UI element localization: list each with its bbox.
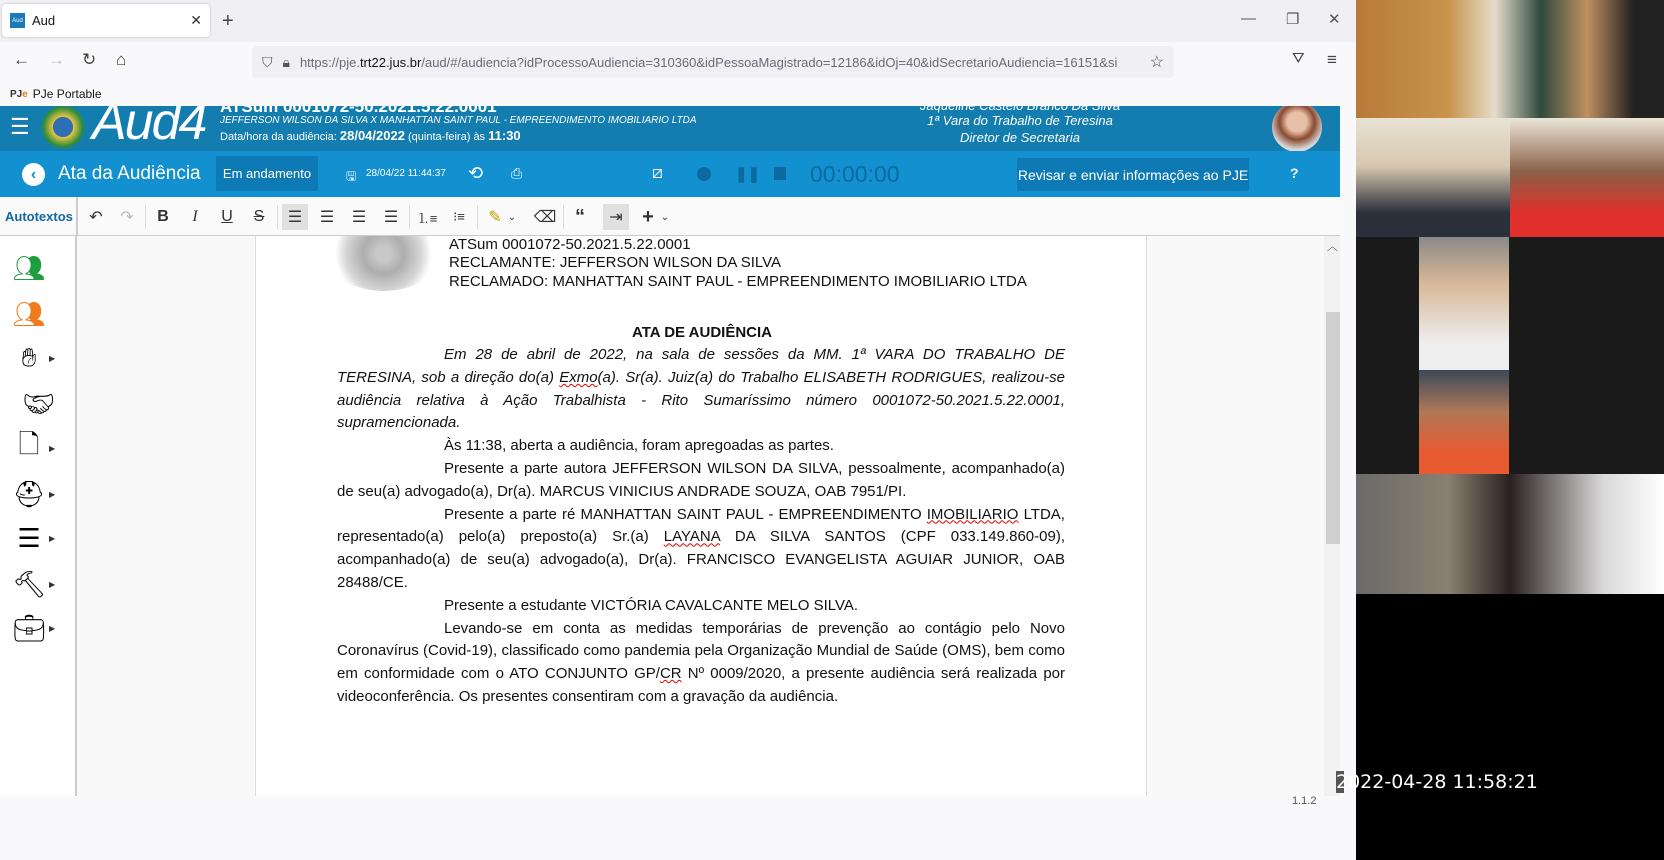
restore-icon[interactable]: ❐ [1286, 10, 1299, 28]
divider [563, 205, 564, 229]
minimize-icon[interactable]: — [1241, 10, 1256, 27]
undo-icon[interactable]: ↶ [83, 204, 109, 230]
pause-icon[interactable]: ❚❚ [735, 165, 760, 183]
autotextos-label[interactable]: Autotextos [5, 209, 73, 224]
history-icon[interactable]: ⟲ [468, 163, 483, 184]
home-icon[interactable]: ⌂ [116, 50, 126, 70]
bold-icon[interactable]: B [150, 204, 176, 230]
sidebar-item-medical[interactable]: ⛑︎▶ [12, 476, 67, 512]
caret-right-icon: ▶ [49, 624, 55, 633]
user-vara: 1ª Vara do Trabalho de Teresina [900, 113, 1140, 128]
divider [477, 205, 478, 229]
align-center-icon[interactable]: ☰ [346, 204, 372, 230]
forward-icon[interactable]: → [48, 50, 65, 70]
coat-of-arms-icon [326, 236, 441, 291]
paragraph-student: Presente a estudante VICTÓRIA CAVALCANTE… [337, 595, 1065, 618]
document-area: ATSum 0001072-50.2021.5.22.0001 RECLAMAN… [78, 236, 1340, 796]
notes-icon: ☰ [12, 523, 46, 554]
paragraph-covid: Levando-se em conta as medidas temporári… [337, 618, 1065, 709]
recording-timestamp: 2022-04-28 11:58:21 [1336, 771, 1538, 793]
eraser-icon[interactable]: ⌫ [532, 204, 558, 230]
record-icon[interactable] [697, 167, 711, 181]
scrollbar[interactable]: ︿ [1324, 236, 1340, 796]
browser-tab[interactable]: Aud Aud ✕ [2, 4, 210, 37]
status-badge: Em andamento [216, 156, 318, 191]
participant-video-tile [1356, 237, 1664, 474]
recording-timer: 00:00:00 [810, 161, 900, 188]
sidebar-item-document[interactable]: 🗋▶ [12, 430, 67, 466]
paragraph-opening: Em 28 de abril de 2022, na sala de sessõ… [337, 344, 1065, 435]
sidebar: 👥︎ 👥︎ ✋︎▶ 🤝︎ 🗋▶ ⛑︎▶ ☰▶ 🔨︎▶ 💼︎▶ [0, 236, 77, 796]
editor-toolbar: Autotextos ↶ ↷ B I U S ☰ ☰ ☰ ☰ ⒈≡ ⁝≡ ✎ ⌄… [0, 197, 1340, 236]
participant-video-1 [1356, 0, 1664, 118]
hand-icon: ✋︎ [12, 342, 46, 374]
handshake-icon: 🤝︎ [22, 389, 56, 420]
underline-icon[interactable]: U [214, 204, 240, 230]
participant-video-6 [1356, 474, 1664, 594]
video-conference-panel [1356, 0, 1664, 860]
parties: JEFFERSON WILSON DA SILVA X MANHATTAN SA… [220, 115, 697, 126]
divider [76, 197, 78, 236]
title-bar: ‹ Ata da Audiência Em andamento 🖫 28/04/… [0, 151, 1340, 197]
close-window-icon[interactable]: ✕ [1328, 10, 1341, 28]
page-title: Ata da Audiência [58, 163, 201, 185]
tab-strip: Aud Aud ✕ + — ❐ ✕ [0, 0, 1356, 42]
numbered-list-icon[interactable]: ⒈≡ [414, 204, 440, 230]
print-icon[interactable]: ⎙ [511, 165, 522, 182]
url-text[interactable]: https://pje.trt22.jus.br/aud/#/audiencia… [300, 55, 1150, 70]
participant-video-3 [1510, 118, 1664, 237]
avatar[interactable] [1272, 106, 1322, 151]
paragraph-opening-time: Às 11:38, aberta a audiência, foram apre… [337, 435, 1065, 458]
scrollbar-thumb[interactable] [1326, 312, 1340, 544]
sidebar-item-agreement[interactable]: 🤝︎ [12, 386, 67, 422]
back-icon[interactable]: ← [13, 50, 30, 70]
close-tab-icon[interactable]: ✕ [190, 12, 202, 29]
briefcase-icon: 💼︎ [12, 613, 46, 644]
footer-bar [0, 796, 1340, 860]
participant-video-5 [1419, 370, 1509, 474]
strikethrough-icon[interactable]: S [246, 204, 272, 230]
bookmark-star-icon[interactable]: ☆ [1150, 52, 1164, 72]
participant-video-4 [1419, 237, 1509, 370]
aud4-logo: Aud4 [92, 106, 205, 151]
brasil-emblem-icon [40, 106, 86, 150]
shield-icon[interactable]: ⛉ [262, 54, 273, 71]
scroll-up-icon[interactable]: ︿ [1327, 238, 1338, 254]
browser-window: Aud Aud ✕ + — ❐ ✕ ← → ↻ ⌂ ⛉ 🔒︎ https://p… [0, 0, 1356, 860]
caret-right-icon: ▶ [49, 490, 55, 499]
document-page[interactable]: ATSum 0001072-50.2021.5.22.0001 RECLAMAN… [255, 236, 1147, 796]
url-bar[interactable]: ⛉ 🔒︎ https://pje.trt22.jus.br/aud/#/audi… [252, 46, 1174, 78]
hamburger-menu-icon[interactable]: ☰ [10, 114, 30, 140]
caret-right-icon: ▶ [49, 354, 55, 363]
back-chevron-icon[interactable]: ‹ [22, 163, 45, 186]
participant-video-2 [1356, 118, 1510, 237]
new-tab-icon[interactable]: + [222, 10, 234, 33]
pje-logo-icon: PJe [10, 89, 28, 100]
hearing-datetime: Data/hora da audiência: 28/04/2022 (quin… [220, 128, 521, 143]
divider [277, 205, 278, 229]
align-left-icon[interactable]: ☰ [314, 204, 340, 230]
doc-process-number: ATSum 0001072-50.2021.5.22.0001 [449, 236, 691, 253]
paragraph-defendant: Presente a parte ré MANHATTAN SAINT PAUL… [337, 504, 1065, 595]
bookmark-pje-portable[interactable]: PJe Portable [33, 87, 102, 101]
medical-kit-icon: ⛑︎ [12, 479, 46, 510]
blockquote-icon[interactable]: “ [567, 204, 593, 230]
sidebar-item-hand[interactable]: ✋︎▶ [12, 340, 67, 376]
bookmarks-bar: PJe PJe Portable [0, 82, 1356, 106]
sidebar-item-parties-absent[interactable]: 👥︎ [12, 296, 67, 332]
favicon: Aud [10, 13, 25, 28]
sidebar-item-notes[interactable]: ☰▶ [12, 520, 67, 556]
indent-icon[interactable]: ⇥ [603, 204, 629, 230]
user-role: Diretor de Secretaria [900, 130, 1140, 145]
bulleted-list-icon[interactable]: ⁝≡ [446, 204, 472, 230]
caret-right-icon: ▶ [49, 444, 55, 453]
pocket-icon[interactable]: ⛛ [1292, 50, 1305, 67]
saved-timestamp: 28/04/22 11:44:37 [366, 168, 446, 179]
document-icon: 🗋 [12, 426, 46, 470]
doc-reclamado: RECLAMADO: MANHATTAN SAINT PAUL - EMPREE… [449, 273, 1027, 290]
sidebar-item-parties-present[interactable]: 👥︎ [12, 250, 67, 286]
reload-icon[interactable]: ↻ [82, 50, 96, 70]
redo-icon[interactable]: ↷ [114, 204, 140, 230]
lock-icon[interactable]: 🔒︎ [283, 54, 290, 71]
sidebar-item-briefcase[interactable]: 💼︎▶ [12, 610, 67, 646]
gavel-icon: 🔨︎ [12, 569, 46, 600]
align-justify-icon[interactable]: ☰ [282, 204, 308, 230]
caret-right-icon: ▶ [49, 580, 55, 589]
doc-title: ATA DE AUDIÊNCIA [256, 324, 1148, 341]
group-orange-icon: 👥︎ [12, 299, 46, 330]
help-icon[interactable]: ? [1290, 165, 1299, 181]
chevron-down-icon[interactable]: ⌄ [658, 204, 672, 230]
stop-icon[interactable] [774, 167, 786, 180]
caret-right-icon: ▶ [49, 534, 55, 543]
doc-reclamante: RECLAMANTE: JEFFERSON WILSON DA SILVA [449, 254, 781, 271]
user-name: Jaqueline Castelo Branco Da Silva [900, 106, 1140, 113]
tab-title: Aud [32, 13, 190, 28]
review-send-pje-button[interactable]: Revisar e enviar informações ao PJE [1017, 158, 1249, 191]
group-green-icon: 👥︎ [12, 253, 46, 284]
chevron-down-icon[interactable]: ⌄ [505, 204, 519, 230]
divider [409, 205, 410, 229]
save-icon: 🖫 [346, 167, 356, 188]
align-right-icon[interactable]: ☰ [378, 204, 404, 230]
divider [145, 205, 146, 229]
navigation-bar: ← → ↻ ⌂ ⛉ 🔒︎ https://pje.trt22.jus.br/au… [0, 42, 1356, 82]
italic-icon[interactable]: I [182, 204, 208, 230]
app-version: 1.1.2 [1292, 795, 1316, 807]
menu-icon[interactable]: ≡ [1327, 50, 1337, 70]
doc-body[interactable]: Em 28 de abril de 2022, na sala de sessõ… [337, 344, 1065, 709]
paragraph-plaintiff: Presente a parte autora JEFFERSON WILSON… [337, 458, 1065, 504]
sidebar-item-judgment[interactable]: 🔨︎▶ [12, 566, 67, 602]
video-off-icon[interactable]: ⧄ [652, 163, 663, 183]
app-header: ☰ Aud4 ATSum 0001072-50.2021.5.22.0001 J… [0, 106, 1340, 151]
